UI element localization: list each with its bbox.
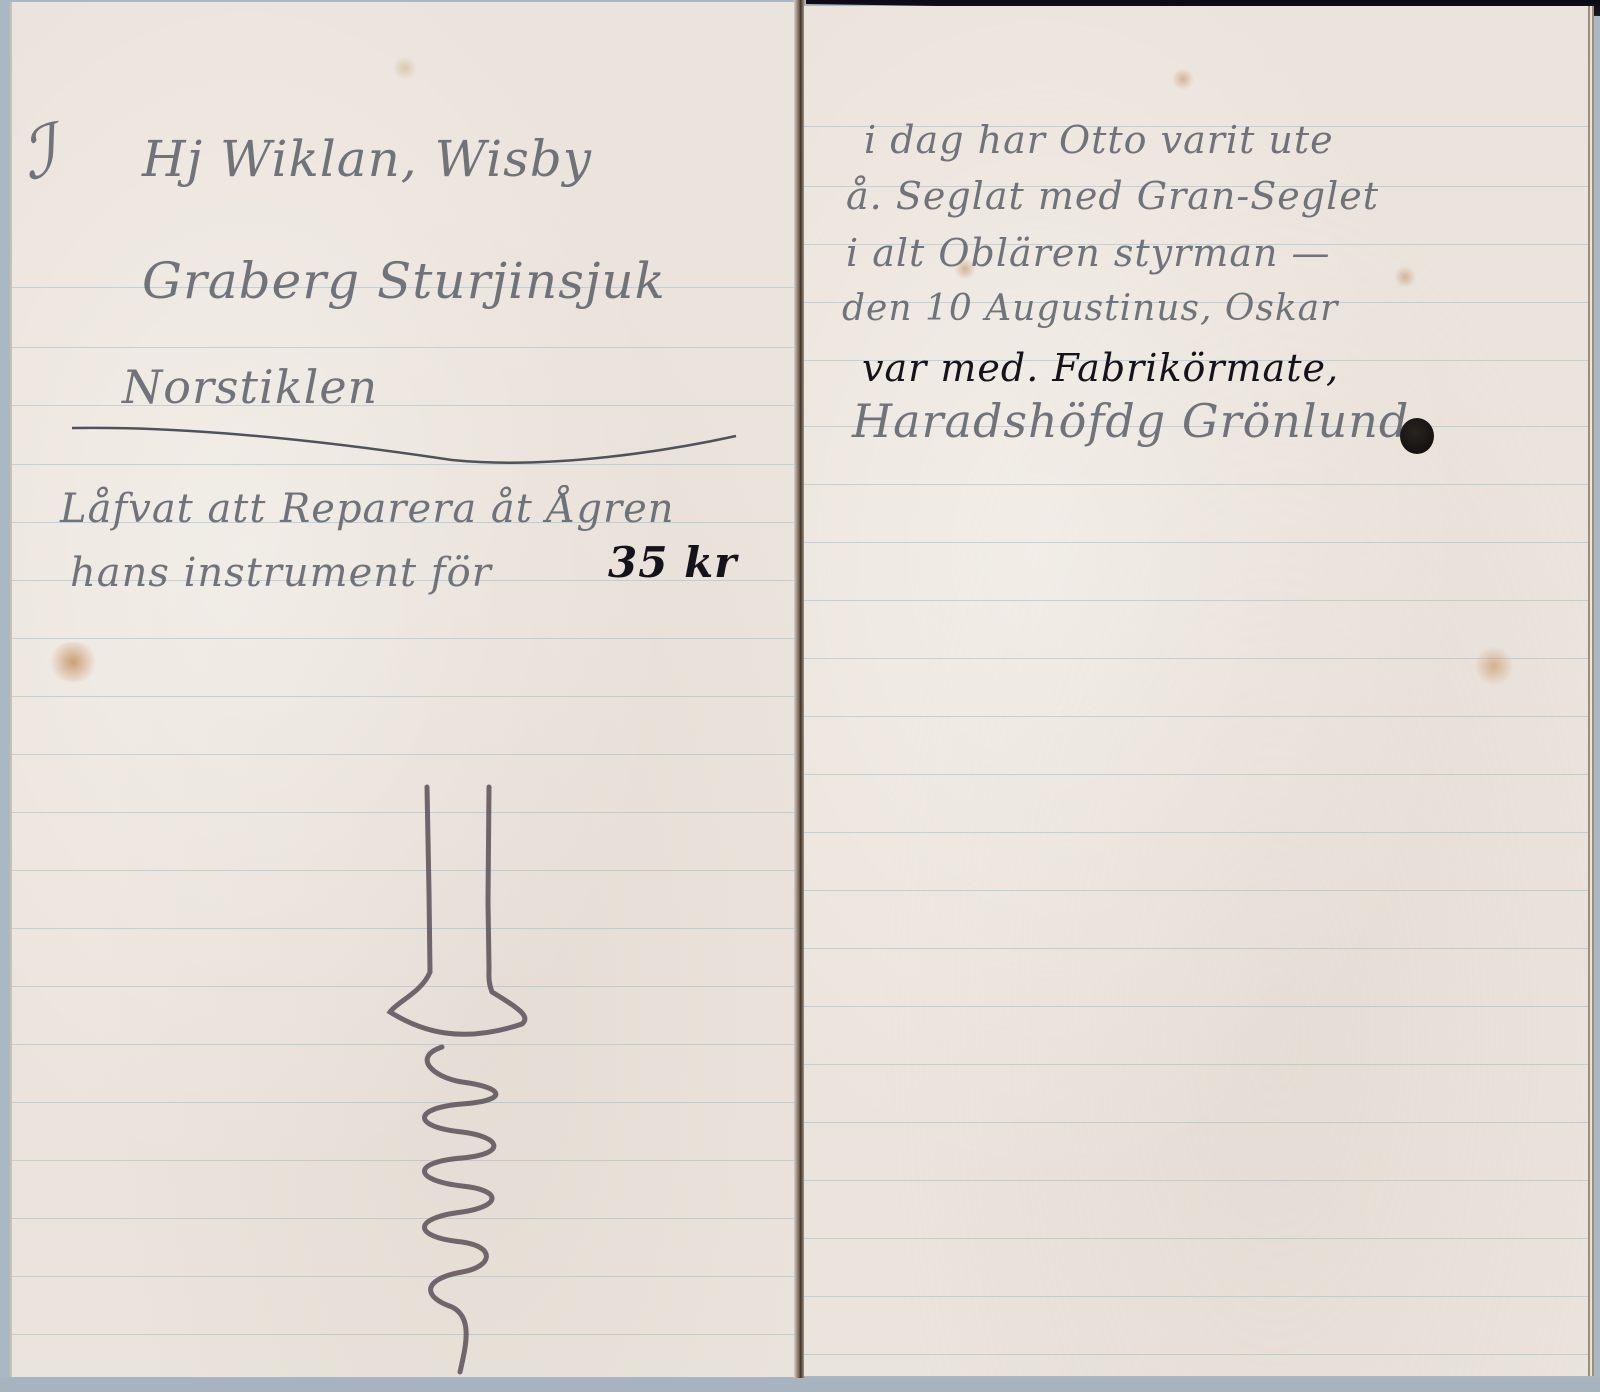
right-page: i dag har Otto varit ute å. Seglat med G… (804, 6, 1594, 1376)
ruled-line (804, 1296, 1588, 1297)
ruled-line (804, 1064, 1588, 1065)
handwriting-line: Hj Wiklan, Wisby (142, 130, 592, 188)
ruled-line (804, 832, 1588, 833)
stain (1394, 266, 1416, 288)
stain (47, 642, 99, 682)
handwriting-line: å. Seglat med Gran-Seglet (846, 174, 1379, 218)
handwriting-line: Graberg Sturjinsjuk (142, 252, 666, 310)
stain (1172, 68, 1194, 90)
ruled-line (804, 1238, 1588, 1239)
stain (392, 57, 418, 79)
ruled-line (804, 1122, 1588, 1123)
ruled-line (804, 600, 1588, 601)
handwriting-line: i alt Oblären styrman — (846, 231, 1331, 275)
ruled-line (12, 754, 798, 755)
handwriting-line: var med. Fabrikörmate, (862, 346, 1339, 390)
handwriting-line: Låfvat att Reparera åt Ågren (60, 486, 675, 532)
amount-text: 35 kr (608, 538, 737, 587)
left-page: ℐ Hj Wiklan, Wisby Graberg Sturjinsjuk N… (10, 2, 798, 1377)
ruled-line (804, 1180, 1588, 1181)
handwriting-line: hans instrument för (70, 550, 492, 596)
handwriting-line: Haradshöfdg Grönlund (852, 394, 1409, 448)
ink-blot (1400, 418, 1434, 454)
ruled-line (804, 484, 1588, 485)
ruled-line (12, 347, 798, 348)
ruled-line (12, 696, 798, 697)
ruled-line (804, 1006, 1588, 1007)
ruled-line (804, 716, 1588, 717)
scanner-bed (0, 1378, 1600, 1392)
stain (1474, 646, 1514, 686)
initials-flourish: ℐ (14, 109, 64, 196)
ruled-line (804, 542, 1588, 543)
ruled-line (804, 890, 1588, 891)
underline-stroke (72, 402, 752, 482)
ruled-line (12, 638, 798, 639)
corkscrew-drawing (372, 782, 552, 1377)
handwriting-line: i dag har Otto varit ute (864, 118, 1334, 162)
ruled-line (804, 658, 1588, 659)
handwriting-line: den 10 Augustinus, Oskar (842, 288, 1338, 329)
ruled-line (804, 948, 1588, 949)
ruled-line (804, 1354, 1588, 1355)
ruled-line (804, 774, 1588, 775)
